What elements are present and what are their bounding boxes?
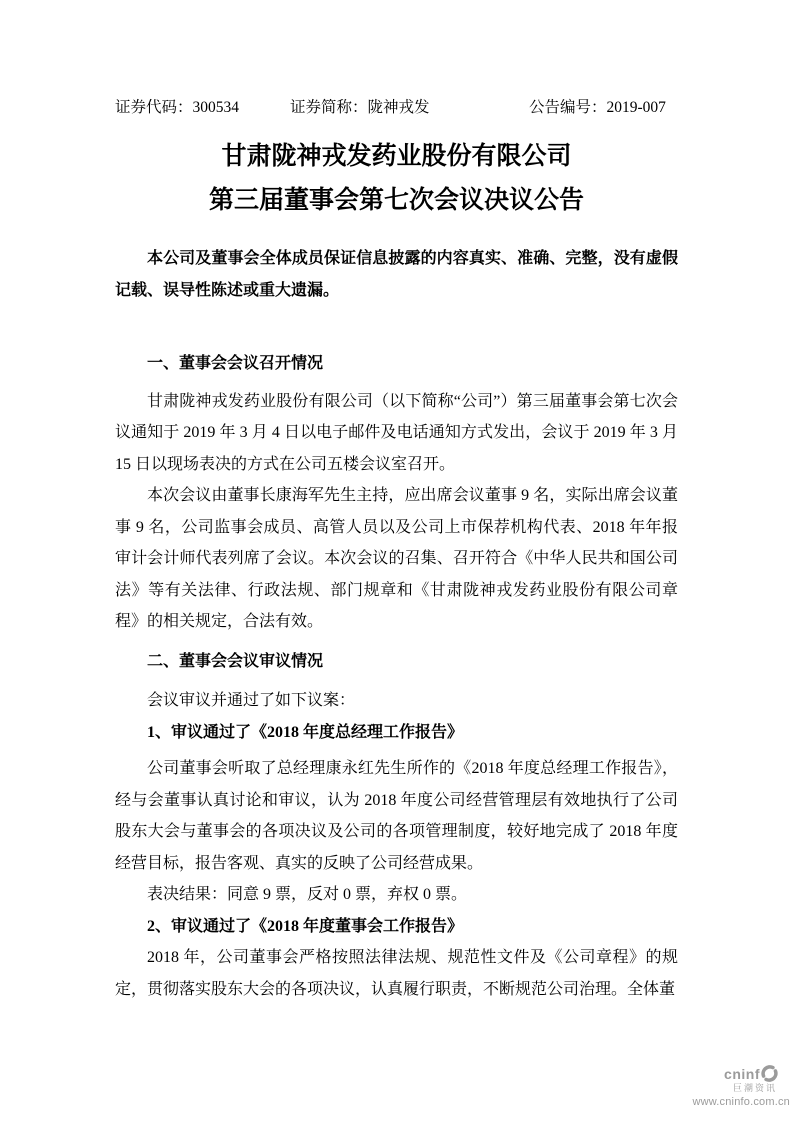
section-2-heading: 二、董事会会议审议情况 (115, 646, 678, 678)
resolution-2-body: 2018 年，公司董事会严格按照法律法规、规范性文件及《公司章程》的规定，贯彻落… (115, 942, 678, 1005)
cninfo-wordmark: cninf (724, 1066, 760, 1082)
document-body: 证券代码：300534 证券简称：陇神戎发 公告编号：2019-007 甘肃陇神… (115, 0, 678, 1005)
announcement-page: 证券代码：300534 证券简称：陇神戎发 公告编号：2019-007 甘肃陇神… (0, 0, 793, 1122)
announcement-number: 公告编号：2019-007 (529, 98, 666, 118)
cninfo-watermark: cninf 巨潮资讯 www.cninfo.com.cn (692, 1065, 790, 1109)
resolution-1-vote-result: 表决结果：同意 9 票，反对 0 票，弃权 0 票。 (115, 879, 678, 911)
stock-code: 证券代码：300534 (115, 98, 239, 118)
announcement-title: 第三届董事会第七次会议决议公告 (115, 179, 678, 223)
cninfo-wordmark-row: cninf (692, 1065, 778, 1082)
section-1-heading: 一、董事会会议召开情况 (115, 348, 678, 380)
document-header: 证券代码：300534 证券简称：陇神戎发 公告编号：2019-007 (115, 98, 678, 118)
disclaimer-paragraph: 本公司及董事会全体成员保证信息披露的内容真实、准确、完整，没有虚假记载、误导性陈… (115, 243, 678, 306)
section-1-paragraph-2: 本次会议由董事长康海军先生主持，应出席会议董事 9 名，实际出席会议董事 9 名… (115, 480, 678, 638)
resolution-1-body: 公司董事会听取了总经理康永红先生所作的《2018 年度总经理工作报告》，经与会董… (115, 753, 678, 879)
section-1-paragraph-1: 甘肃陇神戎发药业股份有限公司（以下简称“公司”）第三届董事会第七次会议通知于 2… (115, 386, 678, 481)
resolution-1-heading: 1、审议通过了《2018 年度总经理工作报告》 (115, 717, 678, 749)
section-2-intro: 会议审议并通过了如下议案： (115, 685, 678, 717)
cninfo-swirl-icon (761, 1065, 778, 1082)
cninfo-chinese-name: 巨潮资讯 (692, 1083, 777, 1094)
cninfo-url: www.cninfo.com.cn (692, 1096, 790, 1109)
resolution-2-heading: 2、审议通过了《2018 年度董事会工作报告》 (115, 911, 678, 943)
stock-short-name: 证券简称：陇神戎发 (290, 98, 430, 118)
company-name-title: 甘肃陇神戎发药业股份有限公司 (115, 135, 678, 179)
